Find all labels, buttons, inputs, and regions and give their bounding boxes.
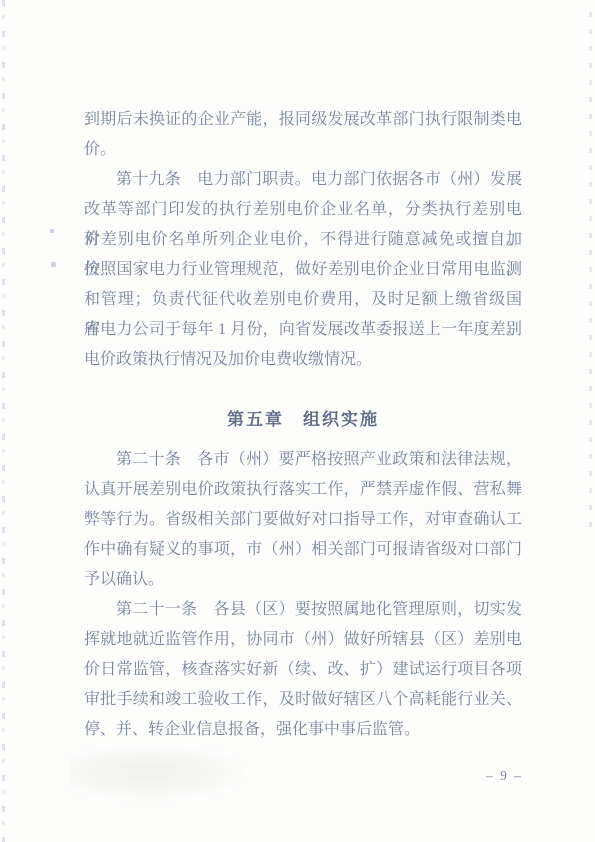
scan-speck — [50, 229, 54, 233]
page-number: – 9 – — [486, 768, 523, 784]
text-line: 到期后未换证的企业产能，报同级发展改革部门执行限制类电 — [84, 105, 522, 135]
text-line: 弊等行为。省级相关部门要做好对口指导工作，对审查确认工 — [84, 505, 522, 535]
scan-smudge — [70, 745, 245, 800]
text-line: 改革等部门印发的执行差别电价企业名单，分类执行差别电价。 — [84, 195, 522, 225]
text-line: 挥就地就近监管作用，协同市（州）做好所辖县（区）差别电 — [84, 625, 522, 655]
text-line: 第二十一条 各县（区）要按照属地化管理原则，切实发 — [84, 595, 522, 625]
text-line: 第二十条 各市（州）要严格按照产业政策和法律法规， — [84, 445, 522, 475]
scan-artifact-left-edge — [2, 0, 5, 842]
scan-artifact-right-edge — [589, 12, 592, 532]
document-body: 到期后未换证的企业产能，报同级发展改革部门执行限制类电价。第十九条 电力部门职责… — [84, 105, 522, 745]
text-line: 认真开展差别电价政策执行落实工作，严禁弄虚作假、营私舞 — [84, 475, 522, 505]
text-line: 第十九条 电力部门职责。电力部门依据各市（州）发展 — [84, 165, 522, 195]
text-line: 价日常监管，核查落实好新（续、改、扩）建试运行项目各项 — [84, 655, 522, 685]
text-line: 按照国家电力行业管理规范，做好差别电价企业日常用电监测 — [84, 255, 522, 285]
text-line: 价。 — [84, 135, 522, 165]
text-line: 和管理；负责代征代收差别电价费用，及时足额上缴省级国库。 — [84, 285, 522, 315]
text-line: 审批手续和竣工验收工作，及时做好辖区八个高耗能行业关、 — [84, 685, 522, 715]
text-line: 电价政策执行情况及加价电费收缴情况。 — [84, 345, 522, 375]
scanned-document-page: 到期后未换证的企业产能，报同级发展改革部门执行限制类电价。第十九条 电力部门职责… — [0, 0, 595, 842]
text-line: 停、并、转企业信息报备，强化事中事后监管。 — [84, 715, 522, 745]
chapter-heading: 第五章 组织实施 — [84, 403, 522, 437]
text-line: 予以确认。 — [84, 565, 522, 595]
text-line: 省电力公司于每年 1 月份，向省发展改革委报送上一年度差别 — [84, 315, 522, 345]
text-line: 作中确有疑义的事项，市（州）相关部门可报请省级对口部门 — [84, 535, 522, 565]
scan-speck — [51, 262, 56, 267]
text-line: 对差别电价名单所列企业电价，不得进行随意减免或擅自加价。 — [84, 225, 522, 255]
